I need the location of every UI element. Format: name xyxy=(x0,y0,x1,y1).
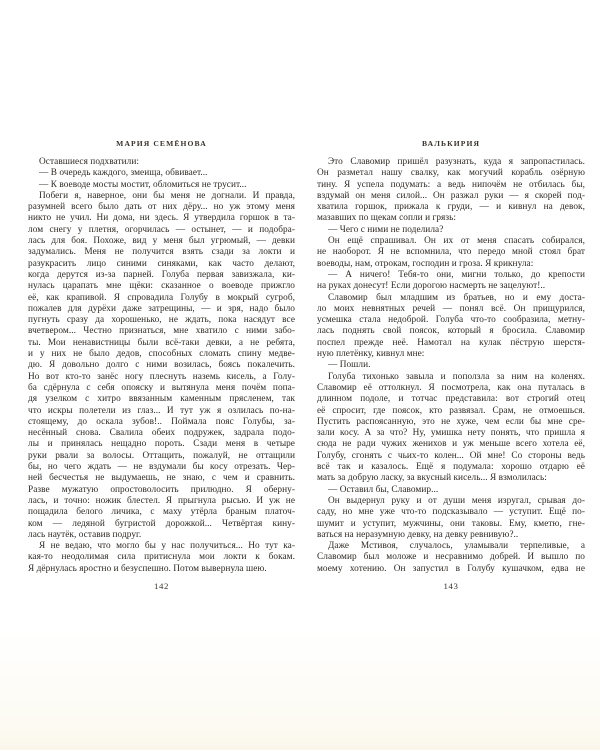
text-line: ты. Мои ненавистницы были всё-таки девки… xyxy=(28,338,295,349)
text-line: саду, но мне уже что-то подсказывало — у… xyxy=(317,507,585,518)
text-line: лась для боя. Похоже, вид у меня был угр… xyxy=(28,236,295,247)
running-head-title: ВАЛЬКИРИЯ xyxy=(317,139,585,148)
text-line: ную плетёнку, кивнул мне: xyxy=(317,349,585,360)
text-line: — А ничего! Тебя-то они, мигни только, д… xyxy=(317,270,585,281)
text-line: Я не ведаю, что могло бы у нас получитьс… xyxy=(28,541,295,552)
text-line: на руках донесут! Если дорогою насмерть … xyxy=(317,281,585,292)
page-right: ВАЛЬКИРИЯ Это Славомир пришёл разузнать,… xyxy=(317,139,585,591)
text-line: пощадила белого личика, с маху утёрла бр… xyxy=(28,507,295,518)
text-line: — Пошли. xyxy=(317,360,585,371)
text-line: Разве мужатую опростоволосить прилюдно. … xyxy=(28,485,295,496)
text-line: лы и принялась нещадно пороть. Сзади мен… xyxy=(28,439,295,450)
text-line: нулась царапать мне щёки: сказанное о во… xyxy=(28,281,295,292)
text-line: сюда не ради чужих женихов и уж меньше в… xyxy=(317,439,585,450)
text-line: Голубу, сгонять с чьих-то колен... Ой мн… xyxy=(317,451,585,462)
text-line: Оставшиеся подхватили: xyxy=(28,157,295,168)
text-line: зали косу. А за что? Ну, умишка нету пон… xyxy=(317,428,585,439)
text-line: дя узелком с хитро ввязанным каменным пр… xyxy=(28,394,295,405)
text-line: Он выдернул руку и от души меня изругал,… xyxy=(317,496,585,507)
text-line: разукрасить лицо синими синяками, как ча… xyxy=(28,259,295,270)
text-line: вчетвером... Честно признаться, мне хват… xyxy=(28,326,295,337)
text-line: ней бесчестья не выдумаешь, не знаю, с ч… xyxy=(28,473,295,484)
page-right-text: Это Славомир пришёл разузнать, куда я за… xyxy=(317,157,585,575)
text-line: Пустить распоясанную, это не хуже, чем е… xyxy=(317,417,585,428)
text-line: ло моих невнятных речей — понял всё. Он … xyxy=(317,304,585,315)
text-line: Я дёрнулась яростно и безуспешно. Потом … xyxy=(28,564,295,575)
text-line: Славомир её оттолкнул. Я посмотрела, как… xyxy=(317,383,585,394)
text-line: — В очередь каждого, змеища, обвивает... xyxy=(28,168,295,179)
text-line: поспел прежде неё. Намотал на кулак пёст… xyxy=(317,338,585,349)
text-line: тину. Я успела подумать: а ведь нипочём … xyxy=(317,180,585,191)
text-line: и у них не было дедов, способных сломать… xyxy=(28,349,295,360)
text-line: лась поднять свой поясок, который я брос… xyxy=(317,326,585,337)
page-number-right: 143 xyxy=(317,581,585,591)
page-number-left: 142 xyxy=(28,581,295,591)
text-line: лом снегу у плетня, огорчилась — остынет… xyxy=(28,225,295,236)
text-line: Но вот кто-то занёс ногу плеснуть наземь… xyxy=(28,372,295,383)
text-line: что искры полетели из глаз... И тут уж я… xyxy=(28,406,295,417)
book-spread: МАРИЯ СЕМЁНОВА Оставшиеся подхватили:— В… xyxy=(0,0,600,750)
text-line: дю. Я довольно долго с ними возилась, бо… xyxy=(28,360,295,371)
text-line: ваться на неразумную девку, на девку рев… xyxy=(317,530,585,541)
text-line: вздумай он меня силой... Он разжал руки … xyxy=(317,191,585,202)
text-line: мазавших по щекам сопли и грязь: xyxy=(317,213,585,224)
text-line: шумит и уступит, мужчины, они таковы. Ем… xyxy=(317,519,585,530)
text-line: Славомир был младшим из братьев, но и ем… xyxy=(317,293,585,304)
text-line: — К воеводе мосты мостит, обломиться не … xyxy=(28,180,295,191)
text-line: пожалев для дурёхи даже затрещины, — и з… xyxy=(28,304,295,315)
text-line: бы, но чего ждать — не вздумали бы косу … xyxy=(28,462,295,473)
text-line: её спросит, где поясок, кто развязал. Ср… xyxy=(317,406,585,417)
text-line: — Оставил бы, Славомир... xyxy=(317,485,585,496)
text-line: хватила горшок, прижала к груди, — и кив… xyxy=(317,202,585,213)
text-line: — Чего с ними не поделила? xyxy=(317,225,585,236)
page-left: МАРИЯ СЕМЁНОВА Оставшиеся подхватили:— В… xyxy=(28,139,295,591)
text-line: лась, и точно: ножик блестел. Я прыгнула… xyxy=(28,496,295,507)
text-line: Побеги я, наверное, они бы меня не догна… xyxy=(28,191,295,202)
text-line: Он ещё спрашивал. Он их от меня спасать … xyxy=(317,236,585,247)
text-line: её, как крапивой. Я спровадила Голубу в … xyxy=(28,293,295,304)
text-line: ба сдёрнула с себя опояску и вытянула ме… xyxy=(28,383,295,394)
text-line: усмешка стала недоброй. Голуба что-то со… xyxy=(317,315,585,326)
text-line: не наоборот. Я не вспомнила, что передо … xyxy=(317,247,585,258)
text-line: разумней всего было дать от них дёру... … xyxy=(28,202,295,213)
text-line: мать за добрую ласку, за вкусный кисель.… xyxy=(317,473,585,484)
text-line: Это Славомир пришёл разузнать, куда я за… xyxy=(317,157,585,168)
text-line: Голуба тихонько завыла и поползла за ним… xyxy=(317,372,585,383)
text-line: пугнуть сразу да хорошенько, не ждать, п… xyxy=(28,315,295,326)
text-line: ком — ледяной бугристой дорожкой... Четв… xyxy=(28,519,295,530)
text-line: руки рвали за волосы. Оттащить, пожалуй,… xyxy=(28,451,295,462)
text-line: длинном подоле, и тотчас представила: во… xyxy=(317,394,585,405)
text-line: никто не учил. Ни дома, ни здесь. Я утве… xyxy=(28,213,295,224)
page-left-text: Оставшиеся подхватили:— В очередь каждог… xyxy=(28,157,295,575)
text-line: воеводы, нам, отрокам, господин и гроза.… xyxy=(317,259,585,270)
text-line: Он разметал нашу свалку, как могучий кор… xyxy=(317,168,585,179)
running-head-author: МАРИЯ СЕМЁНОВА xyxy=(28,139,295,148)
text-line: Славомир был моложе и несравнимо добрей.… xyxy=(317,552,585,563)
text-line: моему хотению. Он запустил в Голубу куша… xyxy=(317,564,585,575)
text-line: несённый снова. Свалила обеих подружек, … xyxy=(28,428,295,439)
text-line: Даже Мстивоя, случалось, уламывали терпе… xyxy=(317,541,585,552)
text-line: когда дерутся из-за парней. Голуба перва… xyxy=(28,270,295,281)
text-line: кая-то неодолимая сила притиснула мои ло… xyxy=(28,552,295,563)
text-line: задумались. Меня не получится взять сзад… xyxy=(28,247,295,258)
text-line: стоящему, до оскала зубов!.. Поймала поя… xyxy=(28,417,295,428)
text-line: всё так и казалось. Ещё я подумала: хоро… xyxy=(317,462,585,473)
text-line: лась наутёк, оставив подруг. xyxy=(28,530,295,541)
